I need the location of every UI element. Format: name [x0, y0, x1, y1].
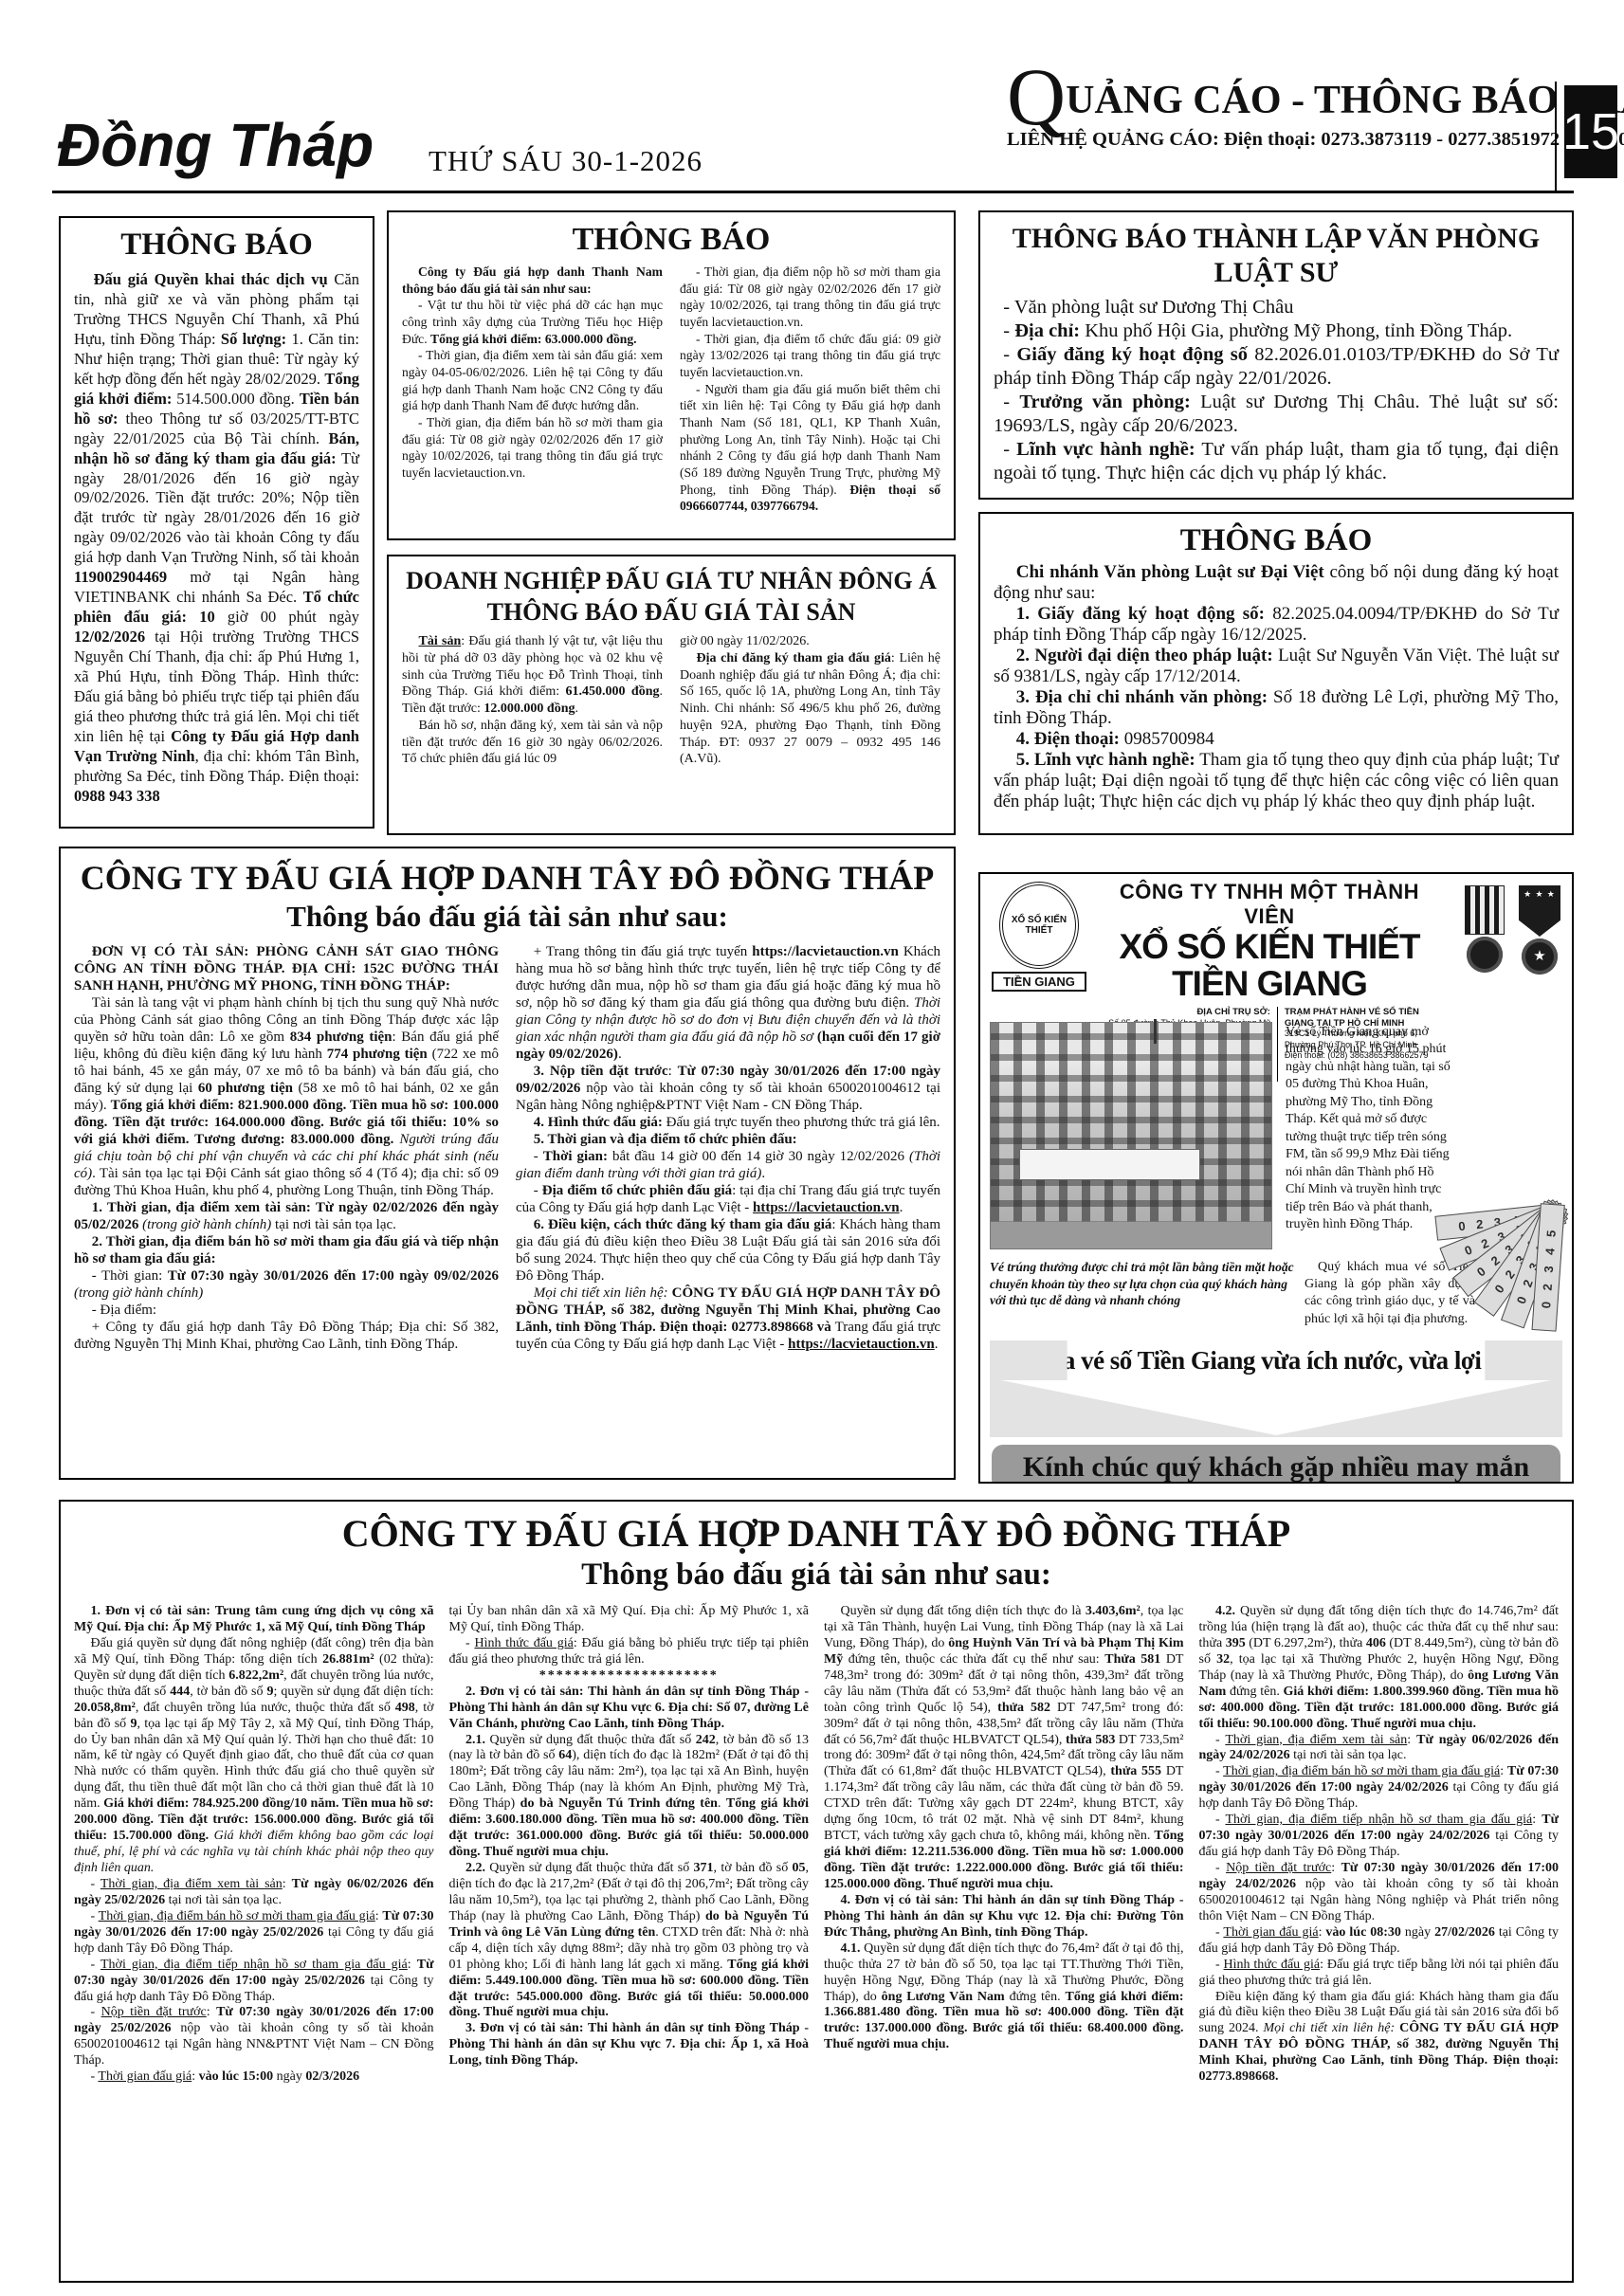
- paragraph: 1. Giấy đăng ký hoạt động số: 82.2025.04…: [994, 604, 1559, 646]
- paragraph: - Địa chỉ: Khu phố Hội Gia, phường Mỹ Ph…: [994, 319, 1559, 343]
- notice-title: THÔNG BÁO: [74, 228, 359, 263]
- ad-title-block: CÔNG TY TNHH MỘT THÀNH VIÊN XỔ SỐ KIẾN T…: [1096, 880, 1443, 1014]
- notice-column-2: giờ 00 ngày 11/02/2026.Địa chỉ đăng ký t…: [680, 633, 940, 768]
- notice-title: THÔNG BÁO THÀNH LẬP VĂN PHÒNG LUẬT SƯ: [994, 222, 1559, 290]
- ad-body-text-1: Vé số Tiền Giang quay mở thưởng vào lúc …: [1286, 1024, 1452, 1234]
- paragraph: 4.2. Quyền sử dụng đất tổng diện tích th…: [1199, 1604, 1560, 1733]
- paragraph: + Trang thông tin đấu giá trực tuyến htt…: [516, 943, 940, 1063]
- hq-label: ĐỊA CHỈ TRỤ SỞ:: [1096, 1007, 1270, 1018]
- paragraph: - Thời gian, địa điểm tổ chức đấu giá: 0…: [680, 331, 940, 381]
- ad-contact-line: LIÊN HỆ QUẢNG CÁO: Điện thoại: 0273.3873…: [1007, 129, 1538, 151]
- paragraph: + Công ty đấu giá hợp danh Tây Đô Đồng T…: [74, 1319, 499, 1353]
- paragraph: - Thời gian đấu giá: vào lúc 08:30 ngày …: [1199, 1925, 1560, 1958]
- medal-disc-icon: ★: [1522, 938, 1558, 975]
- paragraph: 2. Người đại diện theo pháp luật: Luật S…: [994, 646, 1559, 687]
- notice-column-2: tại Ủy ban nhân dân xã xã Mỹ Quí. Địa ch…: [449, 1604, 810, 2069]
- paragraph: Điều kiện đăng ký tham gia đấu giá: Khác…: [1199, 1990, 1560, 2086]
- medal-ribbon-icon: [1465, 885, 1505, 935]
- company-type: CÔNG TY TNHH MỘT THÀNH VIÊN: [1096, 880, 1443, 929]
- notice-column-1: 1. Đơn vị có tài sản: Trung tâm cung ứng…: [74, 1604, 434, 2086]
- paragraph: - Nộp tiền đặt trước: Từ 07:30 ngày 30/0…: [1199, 1861, 1560, 1925]
- paragraph: - Hình thức đấu giá: Đấu giá trực tiếp b…: [1199, 1958, 1560, 1990]
- paragraph: giờ 00 ngày 11/02/2026.: [680, 633, 940, 650]
- medal-icon-star: ★ ★ ★ ★: [1517, 885, 1562, 975]
- paragraph: 3. Đơn vị có tài sản: Thi hành án dân sự…: [449, 2021, 810, 2069]
- paragraph: 5. Thời gian và địa điểm tổ chức phiên đ…: [516, 1131, 940, 1148]
- paragraph: - Thời gian: Từ 07:30 ngày 30/01/2026 đế…: [74, 1267, 499, 1302]
- photo-caption: Vé trúng thưởng được chi trả một lần bằn…: [990, 1259, 1295, 1340]
- paragraph: 1. Đơn vị có tài sản: Trung tâm cung ứng…: [74, 1604, 434, 1636]
- medal-disc-icon: [1467, 937, 1503, 973]
- section-title-text: UẢNG CÁO - THÔNG BÁO - RAO VẶT: [1066, 79, 1624, 122]
- paragraph: Bán hồ sơ, nhận đăng ký, xem tài sản và …: [402, 718, 663, 768]
- paragraph: - Thời gian: bắt đầu 14 giờ 00 đến 14 gi…: [516, 1148, 940, 1182]
- notice-van-truong-ninh: THÔNG BÁO Đấu giá Quyền khai thác dịch v…: [59, 216, 374, 829]
- notice-body: - Văn phòng luật sư Dương Thị Châu- Địa …: [994, 296, 1559, 485]
- paragraph: - Lĩnh vực hành nghề: Tư vấn pháp luật, …: [994, 438, 1559, 485]
- notice-tay-do-2: CÔNG TY ĐẤU GIÁ HỢP DANH TÂY ĐÔ ĐỒNG THÁ…: [59, 1500, 1574, 2283]
- paragraph: 3. Địa chỉ chi nhánh văn phòng: Số 18 đư…: [994, 687, 1559, 729]
- paragraph: - Người tham gia đấu giá muốn biết thêm …: [680, 381, 940, 515]
- paragraph: 4. Điện thoại: 0985700984: [994, 729, 1559, 750]
- paragraph: - Thời gian, địa điểm xem tài sản: Từ ng…: [1199, 1733, 1560, 1765]
- section-header: QUẢNG CÁO - THÔNG BÁO - RAO VẶT LIÊN HỆ …: [1007, 78, 1538, 151]
- newspaper-logo: Đồng Tháp: [57, 110, 374, 180]
- paragraph: - Thời gian, địa điểm nộp hồ sơ mời tham…: [680, 264, 940, 331]
- slogan-text: Mua vé số Tiền Giang vừa ích nước, vừa l…: [1025, 1346, 1526, 1376]
- notice-column-3: Quyền sử dụng đất tổng diện tích thực đo…: [824, 1604, 1184, 2053]
- paragraph: Đấu giá quyền sử dụng đất nông nghiệp (đ…: [74, 1636, 434, 1877]
- paragraph: - Hình thức đấu giá: Đấu giá bằng bỏ phi…: [449, 1636, 810, 1668]
- notice-dong-a: DOANH NGHIỆP ĐẤU GIÁ TƯ NHÂN ĐÔNG Á THÔN…: [387, 555, 956, 835]
- building-photo: [990, 1022, 1272, 1249]
- notice-body: Chi nhánh Văn phòng Luật sư Đại Việt côn…: [994, 562, 1559, 812]
- lottery-ticket-fan: 0 2 3 4 5 0 2 3 4 5 0 2 3 4 5 0 2 3 4 5 …: [1433, 1016, 1566, 1253]
- paragraph: 4.1. Quyền sử dụng đất diện tích thực đo…: [824, 1941, 1184, 2054]
- paragraph: 4. Đơn vị có tài sản: Thi hành án dân sự…: [824, 1893, 1184, 1941]
- notice-dai-viet: THÔNG BÁO Chi nhánh Văn phòng Luật sư Đạ…: [978, 512, 1574, 835]
- medal-icon-striped: [1462, 885, 1507, 973]
- lottery-logo-band: TIỀN GIANG: [992, 972, 1086, 992]
- paragraph: - Giấy đăng ký hoạt động số 82.2026.01.0…: [994, 343, 1559, 391]
- ad-body-text-2: Quý khách mua vé số Tiền Giang là góp ph…: [1305, 1259, 1475, 1340]
- paragraph: 2.2. Quyền sử dụng đất thuộc thửa đất số…: [449, 1861, 810, 2021]
- lottery-logo-oval: XỔ SỐ KIẾN THIẾT: [999, 882, 1079, 969]
- notice-title-line2: THÔNG BÁO ĐẤU GIÁ TÀI SẢN: [487, 598, 856, 626]
- paragraph: 2. Thời gian, địa điểm bán hồ sơ mời tha…: [74, 1233, 499, 1267]
- paragraph: Tài sản là tang vật vi phạm hành chính b…: [74, 994, 499, 1199]
- notice-title: THÔNG BÁO: [402, 222, 940, 258]
- building-sign: [1019, 1149, 1200, 1180]
- ad-header: XỔ SỐ KIẾN THIẾT TIỀN GIANG CÔNG TY TNHH…: [990, 880, 1562, 1014]
- paragraph: 6. Điều kiện, cách thức đăng ký tham gia…: [516, 1216, 940, 1285]
- paragraph: ĐƠN VỊ CÓ TÀI SẢN: PHÒNG CẢNH SÁT GIAO T…: [74, 943, 499, 994]
- paragraph: 3. Nộp tiền đặt trước: Từ 07:30 ngày 30/…: [516, 1063, 940, 1114]
- paragraph: - Thời gian, địa điểm bán hồ sơ mời tham…: [402, 414, 663, 482]
- lottery-advertisement: XỔ SỐ KIẾN THIẾT TIỀN GIANG CÔNG TY TNHH…: [978, 872, 1574, 1484]
- separator: *********************: [449, 1668, 810, 1685]
- paragraph: - Thời gian, địa điểm xem tài sản đấu gi…: [402, 347, 663, 414]
- lottery-logo: XỔ SỐ KIẾN THIẾT TIỀN GIANG: [990, 880, 1088, 1014]
- paragraph: - Nộp tiền đặt trước: Từ 07:30 ngày 30/0…: [74, 2005, 434, 2069]
- issue-date: THỨ SÁU 30-1-2026: [429, 144, 703, 178]
- newspaper-page: Đồng Tháp THỨ SÁU 30-1-2026 QUẢNG CÁO - …: [0, 0, 1624, 2296]
- section-title: QUẢNG CÁO - THÔNG BÁO - RAO VẶT: [1007, 78, 1538, 123]
- paragraph: - Thời gian đấu giá: vào lúc 15:00 ngày …: [74, 2069, 434, 2086]
- paragraph: - Địa điểm tổ chức phiên đấu giá: tại đị…: [516, 1182, 940, 1216]
- ad-middle: Vé số Tiền Giang quay mở thưởng vào lúc …: [990, 1018, 1562, 1253]
- notice-title: CÔNG TY ĐẤU GIÁ HỢP DANH TÂY ĐÔ ĐỒNG THÁ…: [74, 1511, 1559, 1556]
- notice-subtitle: Thông báo đấu giá tài sản như sau:: [74, 900, 940, 934]
- medals: ★ ★ ★ ★: [1451, 880, 1562, 1014]
- notice-column-2: - Thời gian, địa điểm nộp hồ sơ mời tham…: [680, 264, 940, 515]
- notice-column-4: 4.2. Quyền sử dụng đất tổng diện tích th…: [1199, 1604, 1560, 2086]
- paragraph: - Trưởng văn phòng: Luật sư Dương Thị Ch…: [994, 391, 1559, 438]
- page-number: 15: [1564, 85, 1617, 178]
- paragraph: - Thời gian, địa điểm tiếp nhận hồ sơ th…: [1199, 1813, 1560, 1861]
- paragraph: tại Ủy ban nhân dân xã xã Mỹ Quí. Địa ch…: [449, 1604, 810, 1636]
- paragraph: Đấu giá Quyền khai thác dịch vụ Căn tin,…: [74, 270, 359, 807]
- paragraph: - Địa điểm:: [74, 1302, 499, 1319]
- notice-title: DOANH NGHIỆP ĐẤU GIÁ TƯ NHÂN ĐÔNG Á THÔN…: [402, 566, 940, 628]
- paragraph: - Thời gian, địa điểm bán hồ sơ mời tham…: [1199, 1764, 1560, 1813]
- company-name: XỔ SỐ KIẾN THIẾT TIỀN GIANG: [1096, 929, 1443, 1003]
- paragraph: - Thời gian, địa điểm tiếp nhận hồ sơ th…: [74, 1958, 434, 2006]
- wish-bar: Kính chúc quý khách gặp nhiều may mắn: [992, 1445, 1560, 1484]
- paragraph: - Văn phòng luật sư Dương Thị Châu: [994, 296, 1559, 319]
- medal-ribbon-icon: ★ ★ ★: [1519, 885, 1560, 937]
- paragraph: Địa chỉ đăng ký tham gia đấu giá: Liên h…: [680, 650, 940, 768]
- paragraph: - Thời gian, địa điểm xem tài sản: Từ ng…: [74, 1877, 434, 1909]
- notice-title-line1: DOANH NGHIỆP ĐẤU GIÁ TƯ NHÂN ĐÔNG Á: [406, 567, 937, 594]
- notice-column-1: Công ty Đấu giá hợp danh Thanh Nam thông…: [402, 264, 663, 482]
- paragraph: 1. Thời gian, địa điểm xem tài sản: Từ n…: [74, 1199, 499, 1233]
- masthead-rule: [52, 191, 1574, 193]
- paragraph: Công ty Đấu giá hợp danh Thanh Nam thông…: [402, 264, 663, 297]
- notice-title: CÔNG TY ĐẤU GIÁ HỢP DANH TÂY ĐÔ ĐỒNG THÁ…: [74, 858, 940, 898]
- slogan-banner: Mua vé số Tiền Giang vừa ích nước, vừa l…: [1001, 1340, 1551, 1435]
- paragraph: 2.1. Quyền sử dụng đất thuộc thửa đất số…: [449, 1733, 810, 1862]
- paragraph: Quyền sử dụng đất tổng diện tích thực đo…: [824, 1604, 1184, 1893]
- paragraph: Tài sản: Đấu giá thanh lý vật tư, vật li…: [402, 633, 663, 718]
- notice-thanh-nam: THÔNG BÁO Công ty Đấu giá hợp danh Thanh…: [387, 210, 956, 540]
- notice-law-office-chau: THÔNG BÁO THÀNH LẬP VĂN PHÒNG LUẬT SƯ - …: [978, 210, 1574, 500]
- notice-column-1: Tài sản: Đấu giá thanh lý vật tư, vật li…: [402, 633, 663, 768]
- notice-subtitle: Thông báo đấu giá tài sản như sau:: [74, 1558, 1559, 1593]
- notice-column-1: ĐƠN VỊ CÓ TÀI SẢN: PHÒNG CẢNH SÁT GIAO T…: [74, 943, 499, 1353]
- paragraph: 4. Hình thức đấu giá: Đấu giá trực tuyến…: [516, 1114, 940, 1131]
- paragraph: - Thời gian, địa điểm bán hồ sơ mời tham…: [74, 1909, 434, 1958]
- notice-column-2: + Trang thông tin đấu giá trực tuyến htt…: [516, 943, 940, 1353]
- paragraph: Mọi chi tiết xin liên hệ: CÔNG TY ĐẤU GI…: [516, 1285, 940, 1353]
- notice-tay-do-1: CÔNG TY ĐẤU GIÁ HỢP DANH TÂY ĐÔ ĐỒNG THÁ…: [59, 847, 956, 1480]
- divider: [1555, 82, 1557, 191]
- paragraph: - Vật tư thu hồi từ việc phá dỡ các hạn …: [402, 297, 663, 347]
- notice-title: THÔNG BÁO: [994, 523, 1559, 558]
- antenna-icon: [1154, 1019, 1157, 1044]
- notice-body: Đấu giá Quyền khai thác dịch vụ Căn tin,…: [74, 270, 359, 807]
- paragraph: 2. Đơn vị có tài sản: Thi hành án dân sự…: [449, 1685, 810, 1733]
- paragraph: Chi nhánh Văn phòng Luật sư Đại Việt côn…: [994, 562, 1559, 604]
- paragraph: 5. Lĩnh vực hành nghề: Tham gia tố tụng …: [994, 750, 1559, 812]
- slogan-banner-zone: Mua vé số Tiền Giang vừa ích nước, vừa l…: [990, 1340, 1562, 1437]
